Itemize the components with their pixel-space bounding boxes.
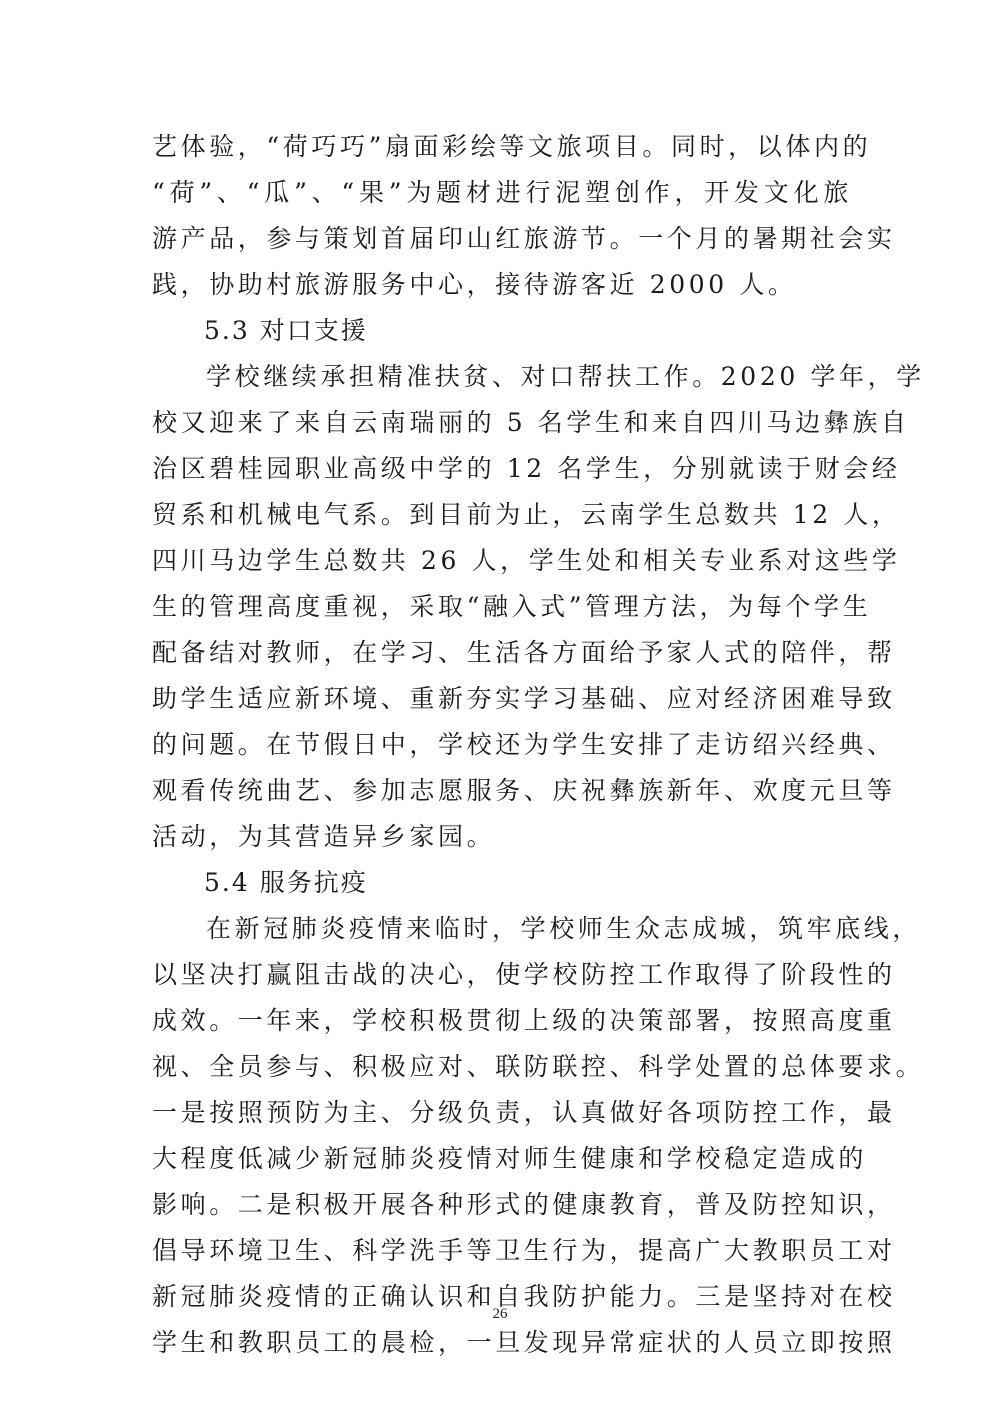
text-line: “荷”、“瓜”、“果”为题材进行泥塑创作，开发文化旅 bbox=[152, 170, 852, 216]
text-line: 艺体验，“荷巧巧”扇面彩绘等文旅项目。同时，以体内的 bbox=[152, 124, 852, 170]
text-line: 一是按照预防为主、分级负责，认真做好各项防控工作，最 bbox=[152, 1090, 852, 1136]
section-heading-5-3: 5.3 对口支援 bbox=[152, 308, 852, 354]
text-line: 在新冠肺炎疫情来临时，学校师生众志成城，筑牢底线， bbox=[152, 906, 852, 952]
section-5-4-paragraph: 在新冠肺炎疫情来临时，学校师生众志成城，筑牢底线， 以坚决打赢阻击战的决心，使学… bbox=[152, 906, 852, 1366]
text-line: 影响。二是积极开展各种形式的健康教育，普及防控知识， bbox=[152, 1182, 852, 1228]
text-line: 践，协助村旅游服务中心，接待游客近 2000 人。 bbox=[152, 262, 852, 308]
text-line: 活动，为其营造异乡家园。 bbox=[152, 814, 852, 860]
text-line: 助学生适应新环境、重新夯实学习基础、应对经济困难导致 bbox=[152, 676, 852, 722]
text-line: 的问题。在节假日中，学校还为学生安排了走访绍兴经典、 bbox=[152, 722, 852, 768]
text-line: 治区碧桂园职业高级中学的 12 名学生，分别就读于财会经 bbox=[152, 446, 852, 492]
text-line: 贸系和机械电气系。到目前为止，云南学生总数共 12 人， bbox=[152, 492, 852, 538]
text-line: 以坚决打赢阻击战的决心，使学校防控工作取得了阶段性的 bbox=[152, 952, 852, 998]
text-line: 校又迎来了来自云南瑞丽的 5 名学生和来自四川马边彝族自 bbox=[152, 400, 852, 446]
text-line: 视、全员参与、积极应对、联防联控、科学处置的总体要求。 bbox=[152, 1044, 852, 1090]
text-line: 倡导环境卫生、科学洗手等卫生行为，提高广大教职员工对 bbox=[152, 1228, 852, 1274]
text-line: 学生和教职员工的晨检，一旦发现异常症状的人员立即按照 bbox=[152, 1320, 852, 1366]
section-heading-5-4: 5.4 服务抗疫 bbox=[152, 860, 852, 906]
text-line: 学校继续承担精准扶贫、对口帮扶工作。2020 学年，学 bbox=[152, 354, 852, 400]
text-line: 配备结对教师，在学习、生活各方面给予家人式的陪伴，帮 bbox=[152, 630, 852, 676]
text-line: 四川马边学生总数共 26 人，学生处和相关专业系对这些学 bbox=[152, 538, 852, 584]
text-line: 游产品，参与策划首届印山红旅游节。一个月的暑期社会实 bbox=[152, 216, 852, 262]
text-line: 大程度低减少新冠肺炎疫情对师生健康和学校稳定造成的 bbox=[152, 1136, 852, 1182]
text-line: 观看传统曲艺、参加志愿服务、庆祝彝族新年、欢度元旦等 bbox=[152, 768, 852, 814]
continuation-paragraph: 艺体验，“荷巧巧”扇面彩绘等文旅项目。同时，以体内的 “荷”、“瓜”、“果”为题… bbox=[152, 124, 852, 308]
page-number: 26 bbox=[0, 1306, 1000, 1323]
section-5-3-paragraph: 学校继续承担精准扶贫、对口帮扶工作。2020 学年，学 校又迎来了来自云南瑞丽的… bbox=[152, 354, 852, 860]
document-page: 艺体验，“荷巧巧”扇面彩绘等文旅项目。同时，以体内的 “荷”、“瓜”、“果”为题… bbox=[152, 124, 852, 1366]
text-line: 成效。一年来，学校积极贯彻上级的决策部署，按照高度重 bbox=[152, 998, 852, 1044]
text-line: 生的管理高度重视，采取“融入式”管理方法，为每个学生 bbox=[152, 584, 852, 630]
